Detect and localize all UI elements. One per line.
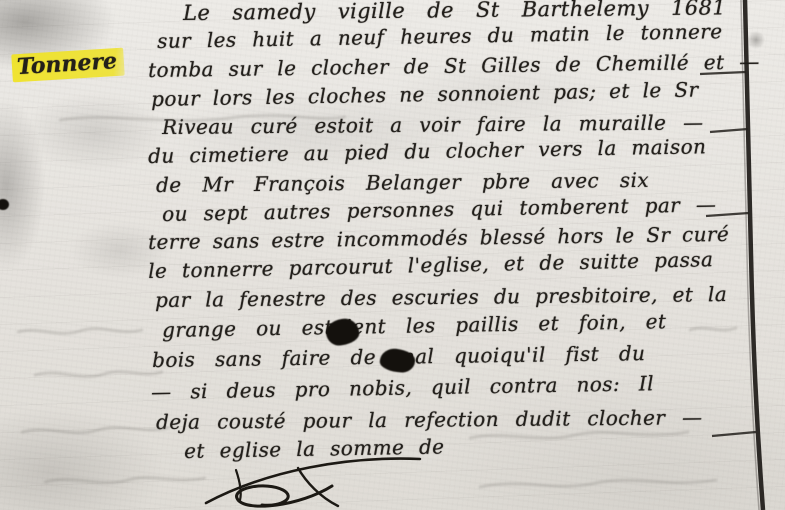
manuscript-scan: Tonnere Le samedy vigille de St Barthele… bbox=[0, 0, 785, 510]
ink-overlay bbox=[0, 0, 785, 510]
line-filler-dash bbox=[712, 432, 756, 436]
bleedthrough-squiggle bbox=[18, 116, 736, 487]
signature-flourish bbox=[206, 459, 420, 507]
line-filler-dash bbox=[710, 129, 748, 132]
line-filler-dash bbox=[706, 213, 749, 216]
line-filler-dash bbox=[700, 72, 746, 74]
